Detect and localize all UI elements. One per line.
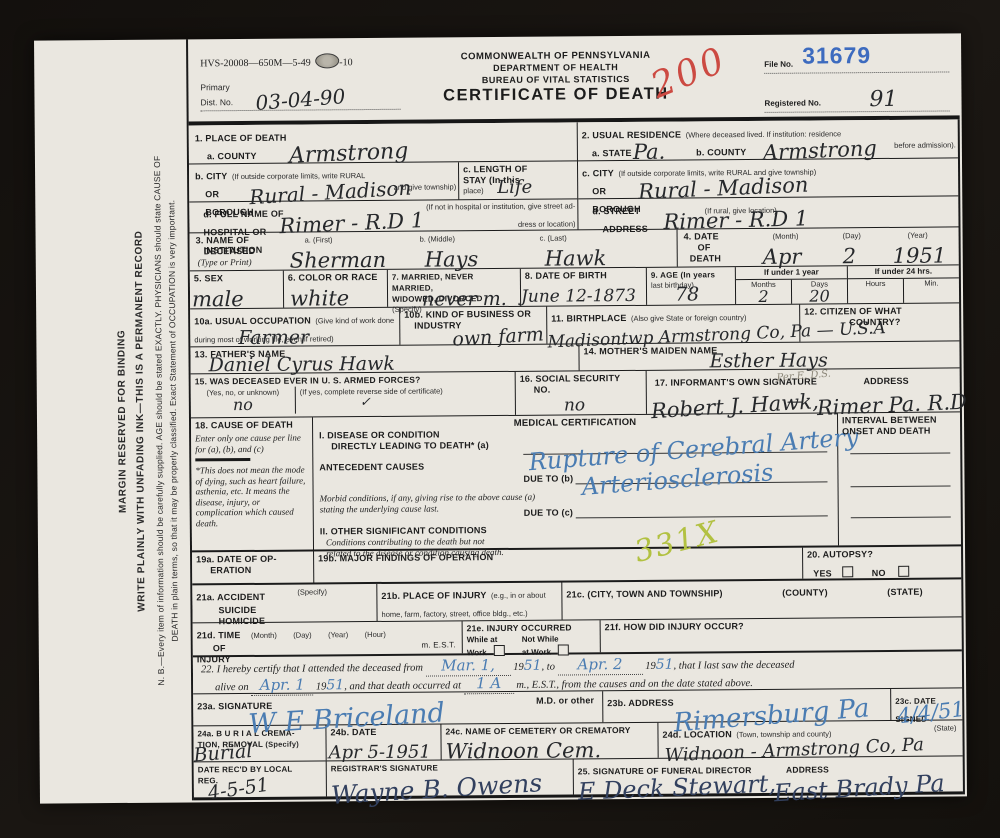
hospital-label: d. FULL NAME OF <box>203 209 283 220</box>
cert-date-from: Mar. 1, <box>441 656 495 674</box>
burial-location-state: (State) <box>934 723 957 732</box>
injury-county-label: (COUNTY) <box>782 587 828 597</box>
occupation-label: 10a. USUAL OCCUPATION <box>194 315 311 326</box>
place-of-death-section: 1. PLACE OF DEATH a. COUNTY Armstrong b.… <box>189 122 579 232</box>
birthplace-paren: (Also give State or foreign country) <box>631 313 747 323</box>
burial-paren: (Specify) <box>265 740 299 749</box>
cert-text-6: m., E.S.T., from the causes and on the d… <box>516 678 753 691</box>
form-number-block: HVS-20008—650M—5-49 -10 Primary Dist. No… <box>200 52 400 112</box>
file-registered-block: File No. 31679 Registered No. 91 <box>764 45 950 112</box>
due-to-c-label: DUE TO (c) <box>524 507 573 518</box>
cause-note2: *This does not mean the mode of dying, s… <box>195 465 308 529</box>
father-section: 13. FATHER'S NAME Daniel Cyrus Hawk <box>190 344 579 373</box>
major-findings-label: 19b. MAJOR FINDINGS OF OPERATION <box>318 550 798 565</box>
form-header: HVS-20008—650M—5-49 -10 Primary Dist. No… <box>188 33 960 121</box>
armed-forces-section: 15. WAS DECEASED EVER IN U. S. ARMED FOR… <box>191 372 516 418</box>
dod-day-value: 2 <box>843 246 857 267</box>
autopsy-section: 20. AUTOPSY? YES NO <box>803 546 961 578</box>
not-while-checkbox <box>558 644 569 655</box>
registrar-signature-section: REGISTRAR'S SIGNATURE Wayne B. Owens <box>327 759 574 796</box>
middle-name-label: b. (Middle) <box>420 234 456 243</box>
cemetery-section: 24c. NAME OF CEMETERY OR CREMATORY Widno… <box>441 723 658 760</box>
row-physician: 23a. SIGNATURE M.D. or other W E Bricela… <box>193 688 962 726</box>
cert-text-3: , that I last saw the deceased <box>673 660 794 672</box>
cert-text-5: , and that death occurred at <box>344 680 461 692</box>
autopsy-label: 20. AUTOPSY? <box>807 548 957 560</box>
injury-occurred-label: 21e. INJURY OCCURRED <box>467 622 596 634</box>
row-place-residence: 1. PLACE OF DEATH a. COUNTY Armstrong b.… <box>189 119 959 233</box>
date-signed-section: 23c. DATE SIGNED 4/4/51 <box>891 688 962 720</box>
min-label: Min. <box>904 278 959 287</box>
autopsy-no-label: NO <box>872 568 886 578</box>
occupation-section: 10a. USUAL OCCUPATION (Give kind of work… <box>190 308 400 347</box>
age-under24-section: If under 24 hrs. Hours Min. <box>848 265 959 303</box>
row-forces-ssn-informant: 15. WAS DECEASED EVER IN U. S. ARMED FOR… <box>191 368 960 418</box>
industry-section: 10b. KIND OF BUSINESS OR INDUSTRY own fa… <box>400 307 547 345</box>
occupation-value: Farmer <box>238 329 309 349</box>
dob-label: 8. DATE OF BIRTH <box>525 270 642 282</box>
file-no-stamp: 31679 <box>802 42 871 70</box>
residence-city-label: c. CITY <box>582 168 614 178</box>
cert-19-b: 19 <box>645 661 656 672</box>
residence-state-label: a. STATE <box>592 148 632 158</box>
file-no-label: File No. <box>764 59 793 69</box>
dob-value: June 12-1873 <box>521 288 636 306</box>
months-value: 2 <box>736 288 791 304</box>
injury-city-section: 21c. (CITY, TOWN AND TOWNSHIP) (COUNTY) … <box>562 579 961 619</box>
dod-year-value: 1951 <box>893 245 947 266</box>
cert-text-1: 22. I hereby certify that I attended the… <box>201 663 423 676</box>
informant-pencil-note: Per E. D.S. <box>776 370 831 384</box>
photo-background: MARGIN RESERVED FOR BINDING WRITE PLAINL… <box>0 0 1000 838</box>
primary-dist-label2: Dist. No. <box>200 97 233 107</box>
first-name-value: Sherman <box>290 250 387 272</box>
certification-statement: 22. I hereby certify that I attended the… <box>193 651 962 693</box>
place-of-injury-section: 21b. PLACE OF INJURY (e.g., in or about … <box>377 583 562 621</box>
interval-label2: ONSET AND DEATH <box>842 425 956 437</box>
time-year-label: (Year) <box>328 630 348 639</box>
time-day-label: (Day) <box>293 630 311 639</box>
city-borough-label: b. CITY <box>195 171 227 181</box>
time-of-injury-section: 21d. TIME (Month) (Day) (Year) (Hour) OF… <box>193 621 463 655</box>
physician-address-label: 23b. ADDRESS <box>607 698 674 709</box>
operation-date-label2: ERATION <box>196 565 309 577</box>
physician-signature-section: 23a. SIGNATURE M.D. or other W E Bricela… <box>193 691 603 725</box>
state-seal-icon <box>315 54 339 69</box>
certificate-title: CERTIFICATE OF DEATH <box>443 89 669 102</box>
interval-line-b <box>851 485 951 487</box>
how-injury-section: 21f. HOW DID INJURY OCCUR? <box>601 617 962 652</box>
ssn-section: 16. SOCIAL SECURITY NO. no <box>516 371 647 415</box>
middle-name-value: Hays <box>425 249 479 270</box>
place-of-injury-label: 21b. PLACE OF INJURY <box>381 590 486 601</box>
residence-paren2: before admission). <box>894 140 956 149</box>
ssn-value: no <box>564 397 585 414</box>
dod-day-label: (Day) <box>843 231 861 240</box>
registrar-signature-value: Wayne B. Owens <box>330 770 542 808</box>
last-name-label: c. (Last) <box>540 233 567 242</box>
registered-no-label: Registered No. <box>764 98 821 108</box>
sex-section: 5. SEX male <box>190 271 284 309</box>
funeral-director-address-label: ADDRESS <box>786 764 829 774</box>
age-section: 9. AGE (In years last birthday) 78 <box>647 267 736 305</box>
residence-county-label: b. COUNTY <box>696 147 746 157</box>
dod-month-label: (Month) <box>773 232 799 241</box>
accident-section: 21a. ACCIDENT (Specify) SUICIDE HOMICIDE <box>192 584 377 622</box>
date-received-section: DATE REC'D BY LOCAL REG. 4-5-51 <box>194 761 327 797</box>
age-under1-section: If under 1 year Months 2 Days 20 <box>736 266 848 304</box>
injury-state-label: (STATE) <box>887 587 923 597</box>
autopsy-yes-label: YES <box>813 568 832 578</box>
last-name-value: Hawk <box>545 248 607 269</box>
armed-forces-check: ✓ <box>300 395 511 410</box>
cert-date-alive: Apr. 1 <box>260 676 305 694</box>
length-of-stay-value: Life <box>497 179 532 197</box>
industry-label: 10b. KIND OF BUSINESS OR <box>404 309 542 321</box>
cert-text-2: , to <box>541 662 555 673</box>
autopsy-no-checkbox <box>898 566 909 577</box>
medical-certification-column: MEDICAL CERTIFICATION I. DISEASE OR COND… <box>313 413 839 549</box>
under1-label: If under 1 year <box>736 266 847 279</box>
row-cause-of-death: 18. CAUSE OF DEATH Enter only one cause … <box>191 412 961 552</box>
injury-occurred-section: 21e. INJURY OCCURRED While at Work Not W… <box>463 620 601 653</box>
street-label: d. STREET <box>592 206 640 216</box>
marital-section: 7. MARRIED, NEVER MARRIED, WIDOWED, DIVO… <box>388 269 521 307</box>
hours-label: Hours <box>848 278 903 287</box>
accident-paren: (Specify) <box>297 587 327 596</box>
dod-year-label: (Year) <box>908 231 928 240</box>
age-value: 78 <box>675 285 699 304</box>
city-or: OR <box>205 189 219 199</box>
funeral-director-signature: E Deck Stewart, <box>577 771 776 803</box>
cert-19-a: 19 <box>513 662 524 673</box>
row-registrar-director: DATE REC'D BY LOCAL REG. 4-5-51 REGISTRA… <box>194 756 963 800</box>
interval-line-a <box>850 452 950 454</box>
ssn-label2: NO. <box>520 384 642 396</box>
residence-title: 2. USUAL RESIDENCE <box>582 130 682 141</box>
note-divider <box>195 458 250 461</box>
residence-city-or: OR <box>592 186 606 196</box>
cert-year-to: 51 <box>656 657 674 673</box>
date-of-operation-section: 19a. DATE OF OP- ERATION <box>192 551 314 583</box>
primary-dist-value: 03-04-90 <box>255 86 346 113</box>
armed-forces-value: no <box>193 397 293 414</box>
row-certification: 22. I hereby certify that I attended the… <box>193 651 962 694</box>
autopsy-yes-checkbox <box>842 566 853 577</box>
county-label: a. COUNTY <box>207 151 257 161</box>
margin-text-binding: MARGIN RESERVED FOR BINDING <box>114 40 131 803</box>
commonwealth-line: COMMONWEALTH OF PENNSYLVANIA <box>443 50 669 63</box>
race-label: 6. COLOR OR RACE <box>288 272 383 284</box>
hospital-paren2: dress or location) <box>518 219 576 228</box>
name-of-deceased-section: 3. NAME OF DECEASED (Type or Print) a. (… <box>190 230 678 271</box>
cause-notes-column: 18. CAUSE OF DEATH Enter only one cause … <box>191 417 314 550</box>
dod-month-value: Apr <box>763 247 802 268</box>
funeral-director-section: 25. SIGNATURE OF FUNERAL DIRECTOR ADDRES… <box>574 756 963 794</box>
while-at-work-checkbox <box>494 644 505 655</box>
row-accident: 21a. ACCIDENT (Specify) SUICIDE HOMICIDE… <box>192 579 961 623</box>
age-label: 9. AGE (In years <box>651 269 731 281</box>
row-sex-race-age: 5. SEX male 6. COLOR OR RACE white 7. MA… <box>190 265 959 309</box>
time-injury-label: 21d. TIME <box>197 630 241 640</box>
cause-of-death-label: 18. CAUSE OF DEATH <box>195 420 308 432</box>
usual-residence-section: 2. USUAL RESIDENCE (Where deceased lived… <box>578 119 959 229</box>
margin-text-permanent: WRITE PLAINLY WITH UNFADING INK—THIS IS … <box>132 40 149 803</box>
cert-date-to: Apr. 2 <box>577 655 622 673</box>
informant-address-label: ADDRESS <box>863 376 908 386</box>
while-at-work-label: While at <box>467 635 522 645</box>
cert-time-value: 1 A <box>476 674 501 692</box>
certificate-paper: MARGIN RESERVED FOR BINDING WRITE PLAINL… <box>34 33 967 803</box>
cemetery-label: 24c. NAME OF CEMETERY OR CREMATORY <box>445 725 653 738</box>
cert-year-from: 51 <box>524 658 542 674</box>
dob-section: 8. DATE OF BIRTH June 12-1873 <box>521 268 647 306</box>
race-section: 6. COLOR OR RACE white <box>284 270 388 308</box>
how-injury-label: 21f. HOW DID INJURY OCCUR? <box>605 619 958 633</box>
major-findings-section: 19b. MAJOR FINDINGS OF OPERATION <box>314 548 803 583</box>
cert-19-c: 19 <box>316 681 327 692</box>
sex-label: 5. SEX <box>194 273 279 285</box>
row-name-dod: 3. NAME OF DECEASED (Type or Print) a. (… <box>190 227 959 271</box>
burial-date-value: Apr 5-1951 <box>329 744 431 763</box>
form-number: HVS-20008—650M—5-49 <box>200 57 311 69</box>
row-occupation-birthplace: 10a. USUAL OCCUPATION (Give kind of work… <box>190 303 959 347</box>
time-hour-label: (Hour) <box>365 630 386 639</box>
accident-label: 21a. ACCIDENT <box>196 592 265 603</box>
hospital-paren1: (If not in hospital or institution, give… <box>426 201 575 211</box>
date-of-death-section: 4. DATE OF DEATH (Month) (Day) (Year) Ap… <box>678 227 959 266</box>
informant-section: 17. INFORMANT'S OWN SIGNATURE ADDRESS Pe… <box>647 368 960 413</box>
cert-text-4: alive on <box>215 682 249 693</box>
interval-label1: INTERVAL BETWEEN <box>842 414 956 426</box>
length-of-stay-label: c. LENGTH OF <box>463 163 575 175</box>
md-or-other-label: M.D. or other <box>536 695 594 706</box>
physician-address-section: 23b. ADDRESS Rimersburg Pa <box>603 689 891 722</box>
mother-value: Esther Hays <box>709 351 827 371</box>
operation-date-label: 19a. DATE OF OP- <box>196 554 309 566</box>
certificate-form: HVS-20008—650M—5-49 -10 Primary Dist. No… <box>186 33 965 800</box>
interval-line-c <box>851 516 951 518</box>
race-value: white <box>290 288 349 309</box>
cause-note1: Enter only one cause per line for (a), (… <box>195 433 308 455</box>
not-while-label: Not While <box>522 634 596 644</box>
header-title-block: COMMONWEALTH OF PENNSYLVANIA DEPARTMENT … <box>443 50 669 102</box>
interval-column: INTERVAL BETWEEN ONSET AND DEATH <box>838 412 961 545</box>
margin-text-nb: N. B.—Every item of information should b… <box>151 40 167 803</box>
birthplace-section: 11. BIRTHPLACE (Also give State or forei… <box>547 305 800 344</box>
injury-city-label: 21c. (CITY, TOWN AND TOWNSHIP) <box>566 588 722 599</box>
first-name-label: a. (First) <box>305 235 333 244</box>
time-month-label: (Month) <box>251 631 277 640</box>
registered-no-value: 91 <box>869 89 897 111</box>
due-to-b-label: DUE TO (b) <box>523 473 573 484</box>
days-value: 20 <box>792 288 847 304</box>
birthplace-label: 11. BIRTHPLACE <box>551 313 626 324</box>
margin-text-death: DEATH in plain terms, so that it may be … <box>165 40 181 803</box>
informant-dash: — <box>787 394 804 411</box>
cert-year-alive: 51 <box>326 677 344 693</box>
under24-label: If under 24 hrs. <box>848 265 959 278</box>
time-est-label: m. E.S.T. <box>421 639 455 650</box>
sex-value: male <box>192 289 244 310</box>
place-of-death-title: 1. PLACE OF DEATH <box>195 133 287 144</box>
funeral-director-address-value: East Brady Pa <box>773 771 945 805</box>
morbid-text: Morbid conditions, if any, giving rise t… <box>320 492 550 515</box>
department-line: DEPARTMENT OF HEALTH <box>443 62 669 75</box>
form-number-suffix: -10 <box>339 57 352 68</box>
